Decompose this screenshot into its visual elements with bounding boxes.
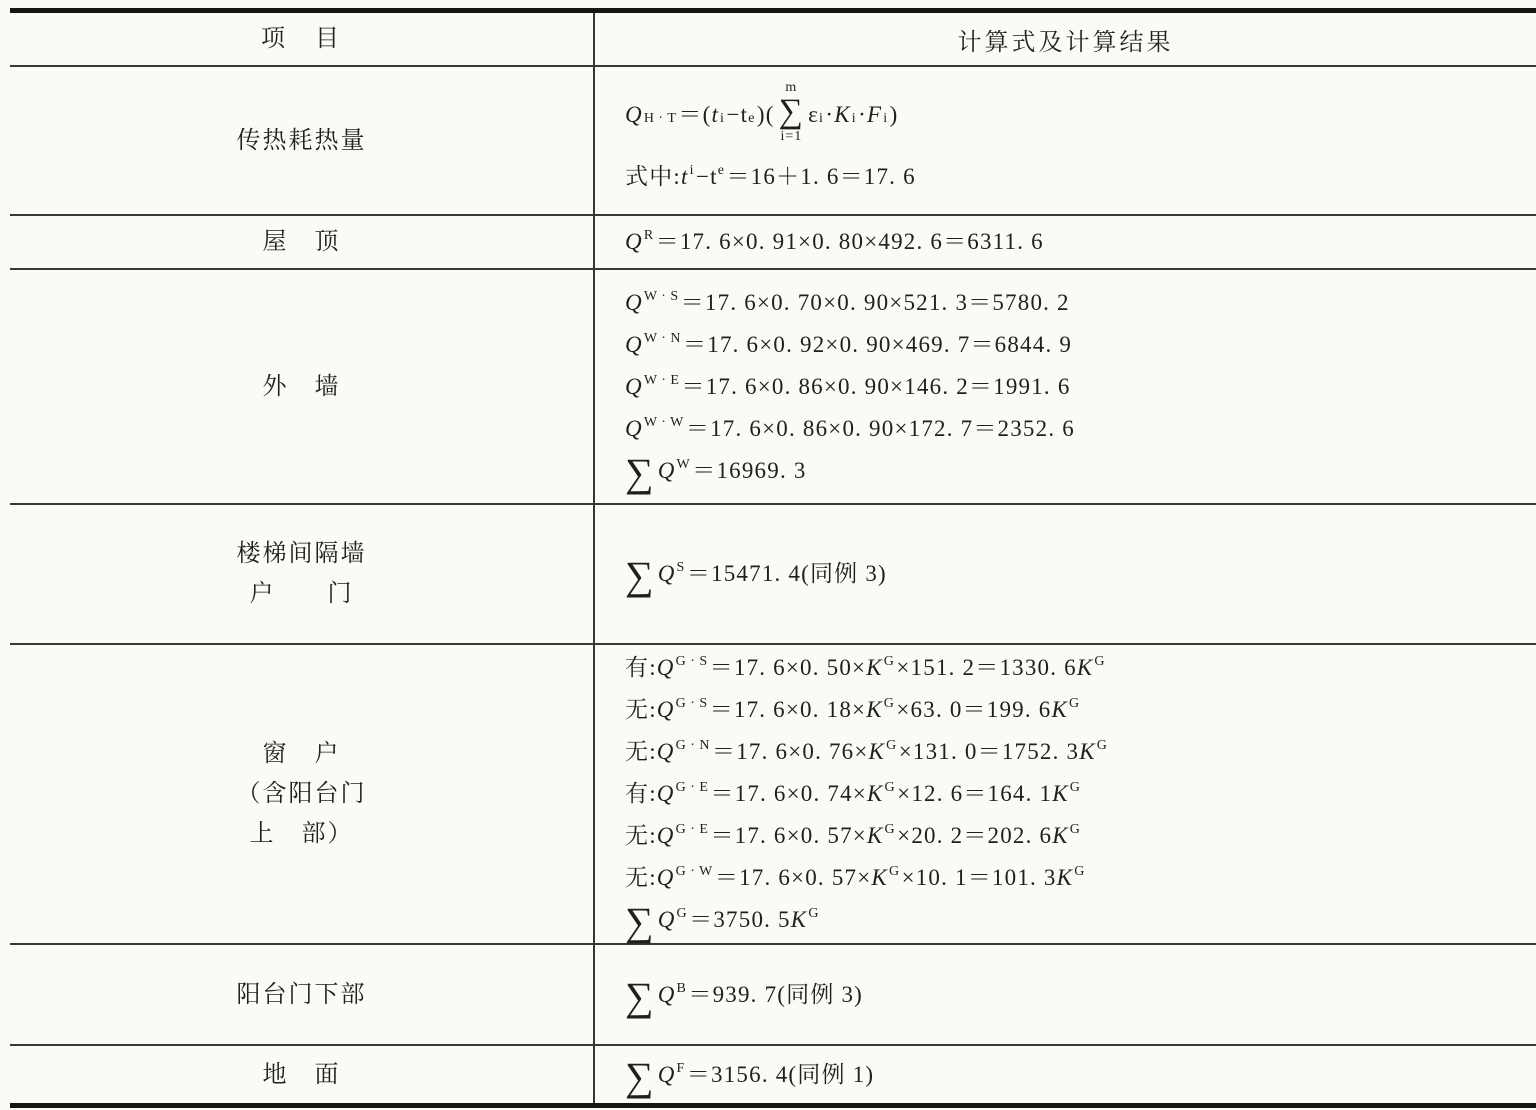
table-row-exterior-wall: 外 墙 QW · S＝17. 6×0. 70×0. 90×521. 3＝5780… xyxy=(10,270,1536,505)
calc-cell: ∑QB＝939. 7(同例 3) xyxy=(595,945,1536,1044)
item-label-line: 窗 户 xyxy=(263,734,341,774)
calc-cell: QH · T＝(ti−te)(m∑i=1εi · Ki · Fi)式中:ti−t… xyxy=(595,67,1536,214)
scanned-document-page: 项 目 计算式及计算结果 传热耗热量 QH · T＝(ti−te)(m∑i=1ε… xyxy=(0,0,1536,1110)
calc-cell: 有:QG · S＝17. 6×0. 50×KG×151. 2＝1330. 6KG… xyxy=(595,645,1536,943)
formula-line: QW · E＝17. 6×0. 86×0. 90×146. 2＝1991. 6 xyxy=(625,366,1071,408)
table-row-stairwell-partition: 楼梯间隔墙户 门 ∑QS＝15471. 4(同例 3) xyxy=(10,505,1536,645)
header-item-cell: 项 目 xyxy=(10,13,595,65)
item-label-line: 楼梯间隔墙 xyxy=(237,534,367,574)
item-cell: 传热耗热量 xyxy=(10,67,595,214)
table-row-windows: 窗 户（含阳台门上 部） 有:QG · S＝17. 6×0. 50×KG×151… xyxy=(10,645,1536,945)
formula-line: QR＝17. 6×0. 91×0. 80×492. 6＝6311. 6 xyxy=(625,221,1044,263)
item-label-line: 外 墙 xyxy=(263,367,341,407)
formula-line: QH · T＝(ti−te)(m∑i=1εi · Ki · Fi) xyxy=(625,83,899,147)
item-cell: 楼梯间隔墙户 门 xyxy=(10,505,595,643)
calc-cell: QW · S＝17. 6×0. 70×0. 90×521. 3＝5780. 2Q… xyxy=(595,270,1536,503)
summation-sign-with-limits: m∑i=1 xyxy=(779,81,804,145)
summation-sign: ∑ xyxy=(625,977,655,1017)
header-calc-cell: 计算式及计算结果 xyxy=(595,13,1536,65)
item-cell: 窗 户（含阳台门上 部） xyxy=(10,645,595,943)
header-item-label: 项 目 xyxy=(261,19,342,59)
item-label-line: 传热耗热量 xyxy=(237,121,367,161)
formula-line: ∑QB＝939. 7(同例 3) xyxy=(625,974,863,1016)
formula-line: ∑QW＝16969. 3 xyxy=(625,450,807,492)
item-cell: 地 面 xyxy=(10,1046,595,1103)
item-label-line: 屋 顶 xyxy=(263,222,341,262)
item-label-line: 地 面 xyxy=(263,1055,341,1095)
item-cell: 屋 顶 xyxy=(10,216,595,268)
formula-line: ∑QF＝3156. 4(同例 1) xyxy=(625,1054,874,1096)
item-label-line: 上 部） xyxy=(250,814,354,854)
calc-cell: QR＝17. 6×0. 91×0. 80×492. 6＝6311. 6 xyxy=(595,216,1536,268)
table-row-balcony-door-lower: 阳台门下部 ∑QB＝939. 7(同例 3) xyxy=(10,945,1536,1046)
item-cell: 阳台门下部 xyxy=(10,945,595,1044)
item-cell: 外 墙 xyxy=(10,270,595,503)
summation-sign: ∑ xyxy=(625,556,655,596)
calc-cell: ∑QS＝15471. 4(同例 3) xyxy=(595,505,1536,643)
summation-sign: ∑ xyxy=(625,453,655,493)
header-calc-label: 计算式及计算结果 xyxy=(958,22,1174,57)
formula-line: QW · S＝17. 6×0. 70×0. 90×521. 3＝5780. 2 xyxy=(625,282,1070,324)
formula-line: ∑QG＝3750. 5KG xyxy=(625,899,821,941)
item-label-line: （含阳台门 xyxy=(237,774,367,814)
table-row-floor: 地 面 ∑QF＝3156. 4(同例 1) xyxy=(10,1046,1536,1103)
item-label-line: 户 门 xyxy=(250,574,354,614)
table-header-row: 项 目 计算式及计算结果 xyxy=(10,13,1536,67)
summation-sign: ∑ xyxy=(625,902,655,942)
formula-line: ∑QS＝15471. 4(同例 3) xyxy=(625,553,887,595)
formula-line: 无:QG · W＝17. 6×0. 57×KG×10. 1＝101. 3KG xyxy=(625,857,1087,899)
formula-line: QW · N＝17. 6×0. 92×0. 90×469. 7＝6844. 9 xyxy=(625,324,1072,366)
formula-line: 式中:ti−te＝16＋1. 6＝17. 6 xyxy=(625,156,916,198)
summation-sign: ∑ xyxy=(625,1057,655,1097)
table-row-roof: 屋 顶 QR＝17. 6×0. 91×0. 80×492. 6＝6311. 6 xyxy=(10,216,1536,270)
heat-loss-calculation-table: 项 目 计算式及计算结果 传热耗热量 QH · T＝(ti−te)(m∑i=1ε… xyxy=(10,8,1536,1108)
table-row-heat-transfer: 传热耗热量 QH · T＝(ti−te)(m∑i=1εi · Ki · Fi)式… xyxy=(10,67,1536,216)
formula-line: QW · W＝17. 6×0. 86×0. 90×172. 7＝2352. 6 xyxy=(625,408,1075,450)
item-label-line: 阳台门下部 xyxy=(237,975,367,1015)
calc-cell: ∑QF＝3156. 4(同例 1) xyxy=(595,1046,1536,1103)
